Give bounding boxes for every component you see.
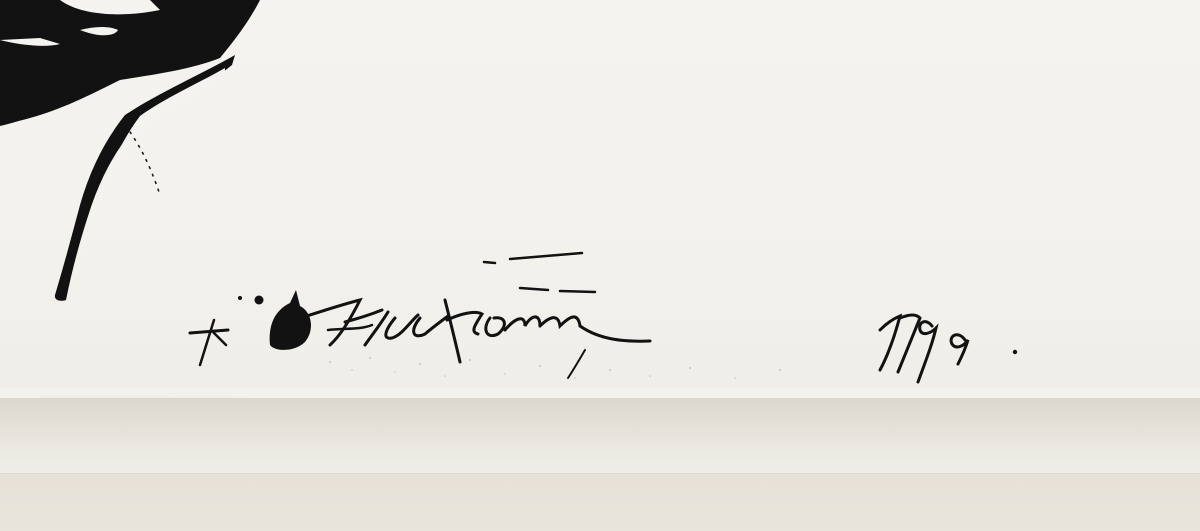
mount-base xyxy=(0,473,1200,531)
ink-speckle xyxy=(329,357,781,379)
signature xyxy=(190,253,1017,382)
mount-shadow xyxy=(0,398,1200,473)
